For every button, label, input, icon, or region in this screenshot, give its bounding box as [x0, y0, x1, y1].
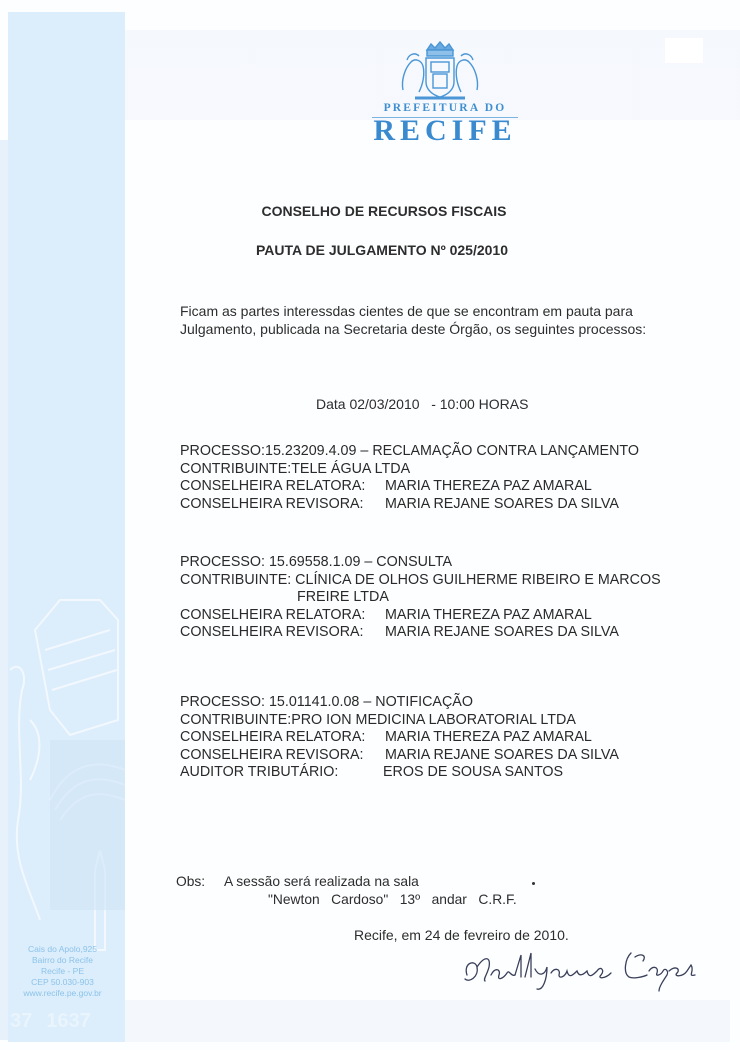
- process-reviewer: CONSELHEIRA REVISORA: MARIA REJANE SOARE…: [180, 624, 720, 642]
- handwritten-signature-icon: Paullyanne Lopes: [455, 945, 705, 995]
- process-taxpayer: CONTRIBUINTE: CLÍNICA DE OLHOS GUILHERME…: [180, 572, 720, 590]
- process-rapporteur: CONSELHEIRA RELATORA: MARIA THEREZA PAZ …: [180, 729, 720, 747]
- year-mark: 1637: [46, 1010, 91, 1032]
- rapporteur-name: MARIA THEREZA PAZ AMARAL: [385, 478, 592, 496]
- process-reviewer: CONSELHEIRA REVISORA: MARIA REJANE SOARE…: [180, 747, 720, 765]
- sidebar-address: Cais do Apolo,925 Bairro do Recife Recif…: [0, 944, 125, 999]
- observation-note: Obs:A sessão será realizada na sala "New…: [176, 873, 517, 909]
- process-reviewer: CONSELHEIRA REVISORA: MARIA REJANE SOARE…: [180, 496, 720, 514]
- letterhead-city: RECIFE: [360, 114, 530, 148]
- auditor-label: AUDITOR TRIBUTÁRIO:: [180, 764, 383, 782]
- rapporteur-label: CONSELHEIRA RELATORA:: [180, 729, 385, 747]
- year-mark: 37: [10, 1010, 32, 1032]
- scan-shading: [665, 38, 703, 63]
- reviewer-name: MARIA REJANE SOARES DA SILVA: [385, 496, 619, 514]
- process-taxpayer-cont: FREIRE LTDA: [180, 589, 720, 607]
- process-number: PROCESSO: 15.01141.0.08 – NOTIFICAÇÃO: [180, 694, 720, 712]
- document-title: PAUTA DE JULGAMENTO Nº 025/2010: [12, 242, 740, 258]
- address-line: CEP 50.030-903: [0, 977, 125, 988]
- reviewer-label: CONSELHEIRA REVISORA:: [180, 624, 385, 642]
- process-entry: PROCESSO:15.23209.4.09 – RECLAMAÇÃO CONT…: [180, 443, 720, 513]
- reviewer-label: CONSELHEIRA REVISORA:: [180, 496, 385, 514]
- process-taxpayer: CONTRIBUINTE:PRO ION MEDICINA LABORATORI…: [180, 712, 720, 730]
- process-number: PROCESSO:15.23209.4.09 – RECLAMAÇÃO CONT…: [180, 443, 720, 461]
- city-illustration-icon: [0, 560, 125, 960]
- obs-label: Obs:: [176, 873, 224, 891]
- reviewer-label: CONSELHEIRA REVISORA:: [180, 747, 385, 765]
- address-line: Bairro do Recife: [0, 955, 125, 966]
- organ-heading: CONSELHO DE RECURSOS FISCAIS: [14, 203, 740, 219]
- sidebar-year-marks: 371637: [10, 1010, 120, 1040]
- scan-shading: [110, 1000, 730, 1042]
- session-date: Data 02/03/2010 - 10:00 HORAS: [316, 396, 528, 412]
- process-taxpayer: CONTRIBUINTE:TELE ÁGUA LTDA: [180, 461, 720, 479]
- auditor-name: EROS DE SOUSA SANTOS: [383, 764, 563, 782]
- intro-paragraph: Ficam as partes interessdas cientes de q…: [180, 302, 700, 338]
- reviewer-name: MARIA REJANE SOARES DA SILVA: [385, 747, 619, 765]
- obs-line: A sessão será realizada na sala: [224, 874, 419, 889]
- rapporteur-label: CONSELHEIRA RELATORA:: [180, 478, 385, 496]
- process-entry: PROCESSO: 15.01141.0.08 – NOTIFICAÇÃO CO…: [180, 694, 720, 782]
- rapporteur-label: CONSELHEIRA RELATORA:: [180, 607, 385, 625]
- process-rapporteur: CONSELHEIRA RELATORA: MARIA THEREZA PAZ …: [180, 607, 720, 625]
- rapporteur-name: MARIA THEREZA PAZ AMARAL: [385, 729, 592, 747]
- obs-line: "Newton Cardoso" 13º andar C.R.F.: [176, 891, 517, 909]
- address-line: Cais do Apolo,925: [0, 944, 125, 955]
- coat-of-arms-icon: [395, 40, 485, 102]
- letterhead-prefix: PREFEITURA DO: [360, 102, 530, 114]
- scan-speck: [532, 882, 535, 885]
- address-line: Recife - PE: [0, 966, 125, 977]
- intro-line: Julgamento, publicada na Secretaria dest…: [180, 320, 700, 338]
- process-rapporteur: CONSELHEIRA RELATORA: MARIA THEREZA PAZ …: [180, 478, 720, 496]
- process-number: PROCESSO: 15.69558.1.09 – CONSULTA: [180, 554, 720, 572]
- intro-line: Ficam as partes interessdas cientes de q…: [180, 302, 700, 320]
- process-entry: PROCESSO: 15.69558.1.09 – CONSULTA CONTR…: [180, 554, 720, 642]
- process-auditor: AUDITOR TRIBUTÁRIO: EROS DE SOUSA SANTOS: [180, 764, 720, 782]
- reviewer-name: MARIA REJANE SOARES DA SILVA: [385, 624, 619, 642]
- rapporteur-name: MARIA THEREZA PAZ AMARAL: [385, 607, 592, 625]
- website-link[interactable]: www.recife.pe.gov.br: [0, 988, 125, 999]
- place-and-date: Recife, em 24 de fevreiro de 2010.: [354, 927, 569, 943]
